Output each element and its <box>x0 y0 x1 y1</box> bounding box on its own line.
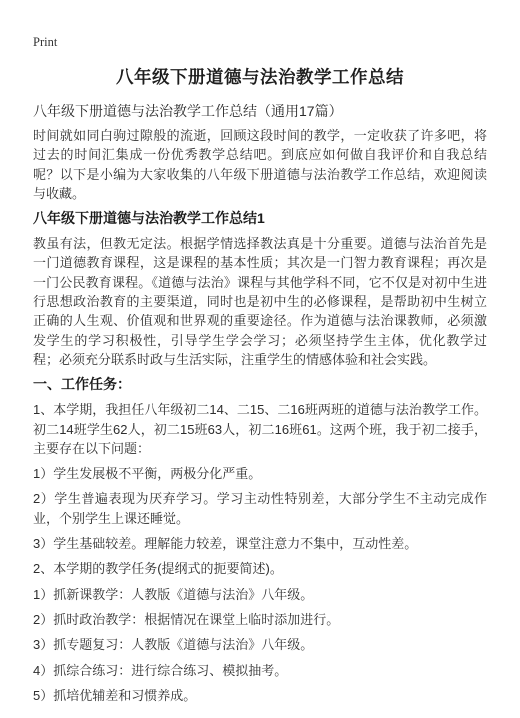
section-1-heading: 八年级下册道德与法治教学工作总结1 <box>33 209 487 228</box>
print-button[interactable]: Print <box>33 35 57 50</box>
document-page: Print 八年级下册道德与法治教学工作总结 八年级下册道德与法治教学工作总结（… <box>0 0 520 718</box>
measure-item-3: 3）抓专题复习：人教版《道德与法治》八年级。 <box>33 635 487 654</box>
work-tasks-heading: 一、工作任务： <box>33 375 487 394</box>
task-1-intro-paragraph: 1、本学期，我担任八年级初二14、二15、二16班两班的道德与法治教学工作。初二… <box>33 400 487 458</box>
task-2-intro-paragraph: 2、本学期的教学任务(提纲式的扼要简述)。 <box>33 559 487 578</box>
measure-item-5: 5）抓培优辅差和习惯养成。 <box>33 686 487 705</box>
intro-paragraph: 时间就如同白驹过隙般的流逝，回顾这段时间的教学，一定收获了许多吧，将过去的时间汇… <box>33 126 487 203</box>
document-subtitle: 八年级下册道德与法治教学工作总结（通用17篇） <box>33 102 487 120</box>
document-title: 八年级下册道德与法治教学工作总结 <box>33 65 487 89</box>
problem-item-2: 2）学生普遍表现为厌弃学习。学习主动性特别差，大部分学生不主动完成作业，个别学生… <box>33 489 487 528</box>
measure-item-2: 2）抓时政治教学：根据情况在课堂上临时添加进行。 <box>33 610 487 629</box>
section-1-overview-paragraph: 教虽有法，但教无定法。根据学情选择教法真是十分重要。道德与法治首先是一门道德教育… <box>33 234 487 369</box>
problem-item-3: 3）学生基础较差。理解能力较差，课堂注意力不集中，互动性差。 <box>33 534 487 553</box>
problem-item-1: 1）学生发展极不平衡，两极分化严重。 <box>33 464 487 483</box>
measure-item-4: 4）抓综合练习：进行综合练习、模拟抽考。 <box>33 661 487 680</box>
measure-item-1: 1）抓新课教学：人教版《道德与法治》八年级。 <box>33 585 487 604</box>
